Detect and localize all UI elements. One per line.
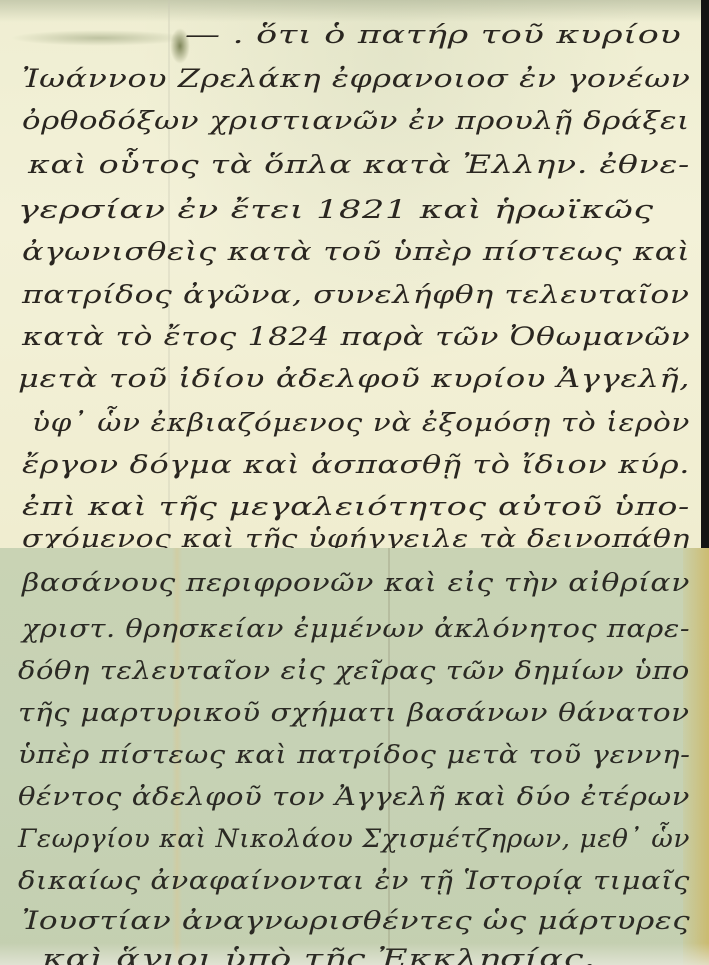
manuscript-line: Ἰουστίαν ἀναγνωρισθέντες ὡς μάρτυρες xyxy=(22,906,690,935)
manuscript-line: κατὰ τὸ ἔτος 1824 παρὰ τῶν Ὀθωμανῶν xyxy=(22,322,690,351)
manuscript-line: δόθη τελευταῖον εἰς χεῖρας τῶν δημίων ὑπ… xyxy=(18,656,690,685)
manuscript-line: πατρίδος ἀγῶνα, συνελήφθη τελευταῖον xyxy=(22,280,690,309)
manuscript-line: χριστ. θρησκείαν ἐμμένων ἀκλόνητος παρε- xyxy=(22,614,690,643)
manuscript-line: καὶ ἅγιοι ὑπὸ τῆς Ἐκκλησίας. xyxy=(42,944,596,965)
manuscript-bottom-sheet: βασάνους περιφρονῶν καὶ εἰς τὴν αἰθρίαν … xyxy=(0,548,709,965)
manuscript-line: ὀρθοδόξων χριστιανῶν ἐν προυλῇ δράξει xyxy=(22,106,690,135)
manuscript-line: ὑφ᾽ ὧν ἐκβιαζόμενος νὰ ἐξομόσῃ τὸ ἱερὸν xyxy=(32,408,690,437)
manuscript-top-sheet: — . ὅτι ὁ πατήρ τοῦ κυρίου Ἰωάννου Ζρελά… xyxy=(0,0,709,548)
manuscript-line: Γεωργίου καὶ Νικολάου Σχισμέτζηρων, μεθ᾽… xyxy=(18,824,690,853)
manuscript-line: τῆς μαρτυρικοῦ σχήματι βασάνων θάνατον xyxy=(18,698,690,727)
manuscript-line: Ἰωάννου Ζρελάκη ἐφρανοιοσ ἐν γονέων xyxy=(22,64,691,93)
manuscript-line: — . ὅτι ὁ πατήρ τοῦ κυρίου xyxy=(185,20,681,49)
scan-edge-strip xyxy=(701,0,709,548)
manuscript-line: ἔργον δόγμα καὶ ἀσπασθῇ τὸ ἴδιον κύρ. xyxy=(22,450,690,479)
manuscript-line: δικαίως ἀναφαίνονται ἐν τῇ Ἱστορίᾳ τιμαῖ… xyxy=(18,866,690,895)
manuscript-line: καὶ οὗτος τὰ ὅπλα κατὰ Ἐλλην. ἐθνε- xyxy=(28,150,690,179)
manuscript-line: βασάνους περιφρονῶν καὶ εἰς τὴν αἰθρίαν xyxy=(22,568,690,597)
blurred-top-edge xyxy=(0,0,709,22)
ink-smudge xyxy=(10,30,190,46)
manuscript-line: μετὰ τοῦ ἰδίου ἀδελφοῦ κυρίου Ἀγγελῆ, xyxy=(18,364,690,393)
manuscript-line: σχόμενος καὶ τῆς ὑφήγγειλε τὰ δεινοπάθη xyxy=(22,524,690,548)
manuscript-line: ὑπὲρ πίστεως καὶ πατρίδος μετὰ τοῦ γεννη… xyxy=(18,740,691,769)
manuscript-line: ἀγωνισθεὶς κατὰ τοῦ ὑπὲρ πίστεως καὶ xyxy=(22,237,690,266)
manuscript-line: θέντος ἀδελφοῦ τον Ἀγγελῆ καὶ δύο ἐτέρων xyxy=(18,782,690,811)
manuscript-line: γερσίαν ἐν ἔτει 1821 καὶ ἡρωϊκῶς xyxy=(18,195,654,224)
manuscript-line: ἐπὶ καὶ τῆς μεγαλειότητος αὐτοῦ ὑπο- xyxy=(22,492,690,521)
